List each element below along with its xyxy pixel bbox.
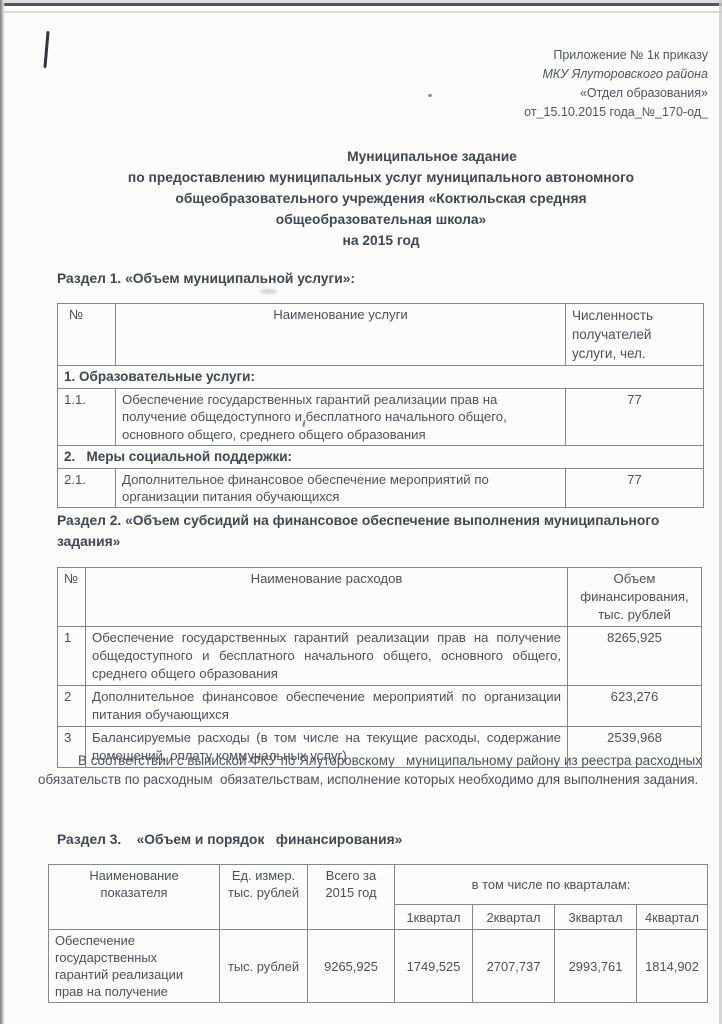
subsidies-table: № Наименование расходов Объем финансиров… <box>57 567 702 768</box>
col-header-q4: 4квартал <box>637 905 708 930</box>
recipients-value: 77 <box>566 389 704 446</box>
table-header-row: № Наименование расходов Объем финансиров… <box>58 568 702 627</box>
order-reference-block: Приложение № 1к приказу МКУ Ялуторовског… <box>524 46 708 122</box>
col-header-expense-name: Наименование расходов <box>86 568 568 627</box>
table-header-row: № Наименование услуги Численность получа… <box>58 304 704 366</box>
table-row: 2 Дополнительное финансовое обеспечение … <box>58 686 702 727</box>
section1-heading: Раздел 1. «Объем муниципальной услуги»: <box>57 268 355 289</box>
service-name: Обеспечение государственных гарантий реа… <box>116 389 566 446</box>
title-line-5: на 2015 год <box>57 230 705 251</box>
col-header-funding: Объем финансирования, тыс. рублей <box>568 568 702 627</box>
q3-value: 2993,761 <box>555 930 637 1003</box>
col-header-total: Всего за 2015 год <box>308 865 395 930</box>
q4-value: 1814,902 <box>637 930 708 1003</box>
group-row: 1. Образовательные услуги: <box>58 366 704 389</box>
pen-mark <box>43 31 49 68</box>
funding-value: 8265,925 <box>568 627 702 686</box>
col-header-unit: Ед. измер. тыс. рублей <box>220 865 308 930</box>
title-line-2: по предоставлению муниципальных услуг му… <box>57 167 705 188</box>
table-row: 1.1. Обеспечение государственных гаранти… <box>58 389 704 446</box>
scan-edge-left <box>0 0 5 1024</box>
scanned-document-page: Приложение № 1к приказу МКУ Ялуторовског… <box>0 0 722 1024</box>
scan-edge-top-dark <box>0 3 722 6</box>
col-header-indicator: Наименование показателя <box>49 865 220 930</box>
col-header-q1: 1квартал <box>395 905 473 930</box>
recipients-value: 77 <box>566 468 704 508</box>
indicator-name: Обеспечение государственных гарантий реа… <box>49 930 220 1003</box>
expense-name: Дополнительное финансовое обеспечение ме… <box>86 686 568 727</box>
group-row: 2. Меры социальной поддержки: <box>58 445 704 468</box>
col-header-q3: 3квартал <box>555 905 637 930</box>
service-name: Дополнительное финансовое обеспечение ме… <box>116 468 566 508</box>
scan-edge-top-light <box>0 11 722 13</box>
group-label-social-support: 2. Меры социальной поддержки: <box>58 445 704 468</box>
row-num: 1 <box>58 627 86 686</box>
issuer-line: МКУ Ялуторовского района <box>524 65 708 84</box>
table-row: Обеспечение государственных гарантий реа… <box>49 930 708 1003</box>
financing-schedule-table: Наименование показателя Ед. измер. тыс. … <box>48 864 708 1003</box>
title-line-3: общеобразовательного учреждения «Коктюль… <box>57 188 705 209</box>
group-label-educational: 1. Образовательные услуги: <box>58 366 704 389</box>
title-line-1: Муниципальное задание <box>159 146 705 167</box>
section2-heading: Раздел 2. «Объем субсидий на финансовое … <box>57 510 709 552</box>
table-row: 2.1. Дополнительное финансовое обеспечен… <box>58 468 704 508</box>
department-line: «Отдел образования» <box>524 84 708 103</box>
unit-value: тыс. рублей <box>220 930 308 1003</box>
scan-artifact-smudge <box>260 289 277 294</box>
col-header-num: № <box>58 304 116 366</box>
col-header-service-name: Наименование услуги <box>116 304 566 366</box>
row-num: 2.1. <box>58 468 116 508</box>
registry-note-paragraph: В соответствии с выпиской ФКУ по Ялуторо… <box>38 752 702 789</box>
document-title: Муниципальное задание по предоставлению … <box>57 146 705 251</box>
q2-value: 2707,737 <box>473 930 555 1003</box>
total-value: 9265,925 <box>308 930 395 1003</box>
expense-name: Обеспечение государственных гарантий реа… <box>86 627 568 686</box>
appendix-line: Приложение № 1к приказу <box>524 46 708 65</box>
col-header-quarters-group: в том числе по кварталам: <box>395 865 708 905</box>
table-row: 1 Обеспечение государственных гарантий р… <box>58 627 702 686</box>
col-header-recipients: Численность получателей услуги, чел. <box>566 304 704 366</box>
section3-heading: Раздел 3. «Объем и порядок финансировани… <box>57 829 402 850</box>
services-volume-table: № Наименование услуги Численность получа… <box>57 303 704 508</box>
scan-artifact-dot <box>428 94 432 97</box>
funding-value: 623,276 <box>568 686 702 727</box>
row-num: 1.1. <box>58 389 116 446</box>
table-header-row: Наименование показателя Ед. измер. тыс. … <box>49 865 708 905</box>
col-header-num: № <box>58 568 86 627</box>
q1-value: 1749,525 <box>395 930 473 1003</box>
order-date-line: от_15.10.2015 года_№_170-од_ <box>524 103 708 122</box>
col-header-q2: 2квартал <box>473 905 555 930</box>
row-num: 2 <box>58 686 86 727</box>
title-line-4: общеобразовательная школа» <box>57 209 705 230</box>
